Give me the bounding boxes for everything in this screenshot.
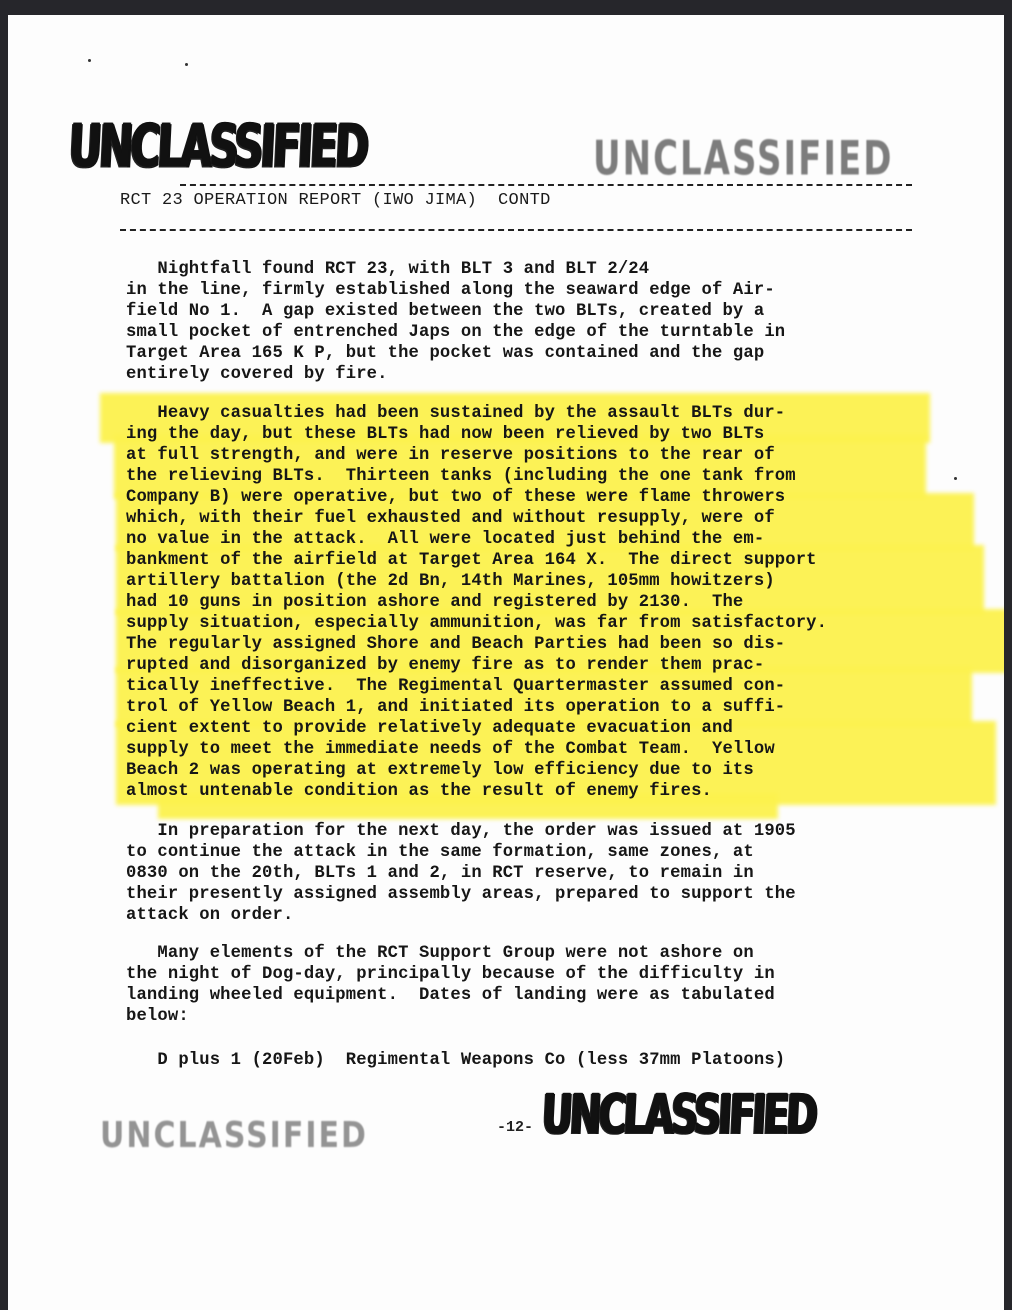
landing-table-row: D plus 1 (20Feb) Regimental Weapons Co (… xyxy=(126,1050,785,1071)
text-line: The regularly assigned Shore and Beach P… xyxy=(126,634,827,655)
text-line: attack on order. xyxy=(126,905,796,926)
text-line: no value in the attack. All were located… xyxy=(126,529,827,550)
header-divider-top xyxy=(180,184,912,186)
text-line: Heavy casualties had been sustained by t… xyxy=(126,403,827,424)
text-line: their presently assigned assembly areas,… xyxy=(126,884,796,905)
scan-speck xyxy=(88,59,91,62)
text-line: at full strength, and were in reserve po… xyxy=(126,445,827,466)
text-line: supply situation, especially ammunition,… xyxy=(126,613,827,634)
scan-speck xyxy=(954,477,957,480)
text-line: D plus 1 (20Feb) Regimental Weapons Co (… xyxy=(126,1050,785,1071)
text-line: Company B) were operative, but two of th… xyxy=(126,487,827,508)
unclassified-stamp-bottom: UNCLASSIFIED xyxy=(540,1082,816,1146)
text-line: which, with their fuel exhausted and wit… xyxy=(126,508,827,529)
paragraph-casualties-highlighted: Heavy casualties had been sustained by t… xyxy=(126,403,827,802)
text-line: Nightfall found RCT 23, with BLT 3 and B… xyxy=(126,259,785,280)
text-line: the relieving BLTs. Thirteen tanks (incl… xyxy=(126,466,827,487)
text-line: bankment of the airfield at Target Area … xyxy=(126,550,827,571)
text-line: to continue the attack in the same forma… xyxy=(126,842,796,863)
text-line: tically ineffective. The Regimental Quar… xyxy=(126,676,827,697)
text-line: 0830 on the 20th, BLTs 1 and 2, in RCT r… xyxy=(126,863,796,884)
paragraph-support-group: Many elements of the RCT Support Group w… xyxy=(126,943,775,1027)
page-number: -12- xyxy=(497,1119,533,1136)
unclassified-stamp-top: UNCLASSIFIED xyxy=(67,111,368,181)
text-line: landing wheeled equipment. Dates of land… xyxy=(126,985,775,1006)
text-line: in the line, firmly established along th… xyxy=(126,280,785,301)
document-page: UNCLASSIFIED UNCLASSIFIED RCT 23 OPERATI… xyxy=(8,15,1004,1310)
text-line: almost untenable condition as the result… xyxy=(126,781,827,802)
header-divider-bottom xyxy=(120,229,912,231)
text-line: Target Area 165 K P, but the pocket was … xyxy=(126,343,785,364)
text-line: small pocket of entrenched Japs on the e… xyxy=(126,322,785,343)
text-line: entirely covered by fire. xyxy=(126,364,785,385)
text-line: ing the day, but these BLTs had now been… xyxy=(126,424,827,445)
faded-stamp-top: UNCLASSIFIED xyxy=(593,131,893,187)
text-line: trol of Yellow Beach 1, and initiated it… xyxy=(126,697,827,718)
text-line: rupted and disorganized by enemy fire as… xyxy=(126,655,827,676)
faded-stamp-bottom: UNCLASSIFIED xyxy=(100,1115,368,1157)
text-line: Beach 2 was operating at extremely low e… xyxy=(126,760,827,781)
text-line: Many elements of the RCT Support Group w… xyxy=(126,943,775,964)
text-line: field No 1. A gap existed between the tw… xyxy=(126,301,785,322)
scan-speck xyxy=(185,63,188,66)
text-line: the night of Dog-day, principally becaus… xyxy=(126,964,775,985)
paragraph-preparation: In preparation for the next day, the ord… xyxy=(126,821,796,926)
text-line: cient extent to provide relatively adequ… xyxy=(126,718,827,739)
text-line: below: xyxy=(126,1006,775,1027)
text-line: In preparation for the next day, the ord… xyxy=(126,821,796,842)
paragraph-nightfall: Nightfall found RCT 23, with BLT 3 and B… xyxy=(126,259,785,385)
report-header-title: RCT 23 OPERATION REPORT (IWO JIMA) CONTD xyxy=(120,191,551,210)
text-line: had 10 guns in position ashore and regis… xyxy=(126,592,827,613)
text-line: artillery battalion (the 2d Bn, 14th Mar… xyxy=(126,571,827,592)
text-line: supply to meet the immediate needs of th… xyxy=(126,739,827,760)
